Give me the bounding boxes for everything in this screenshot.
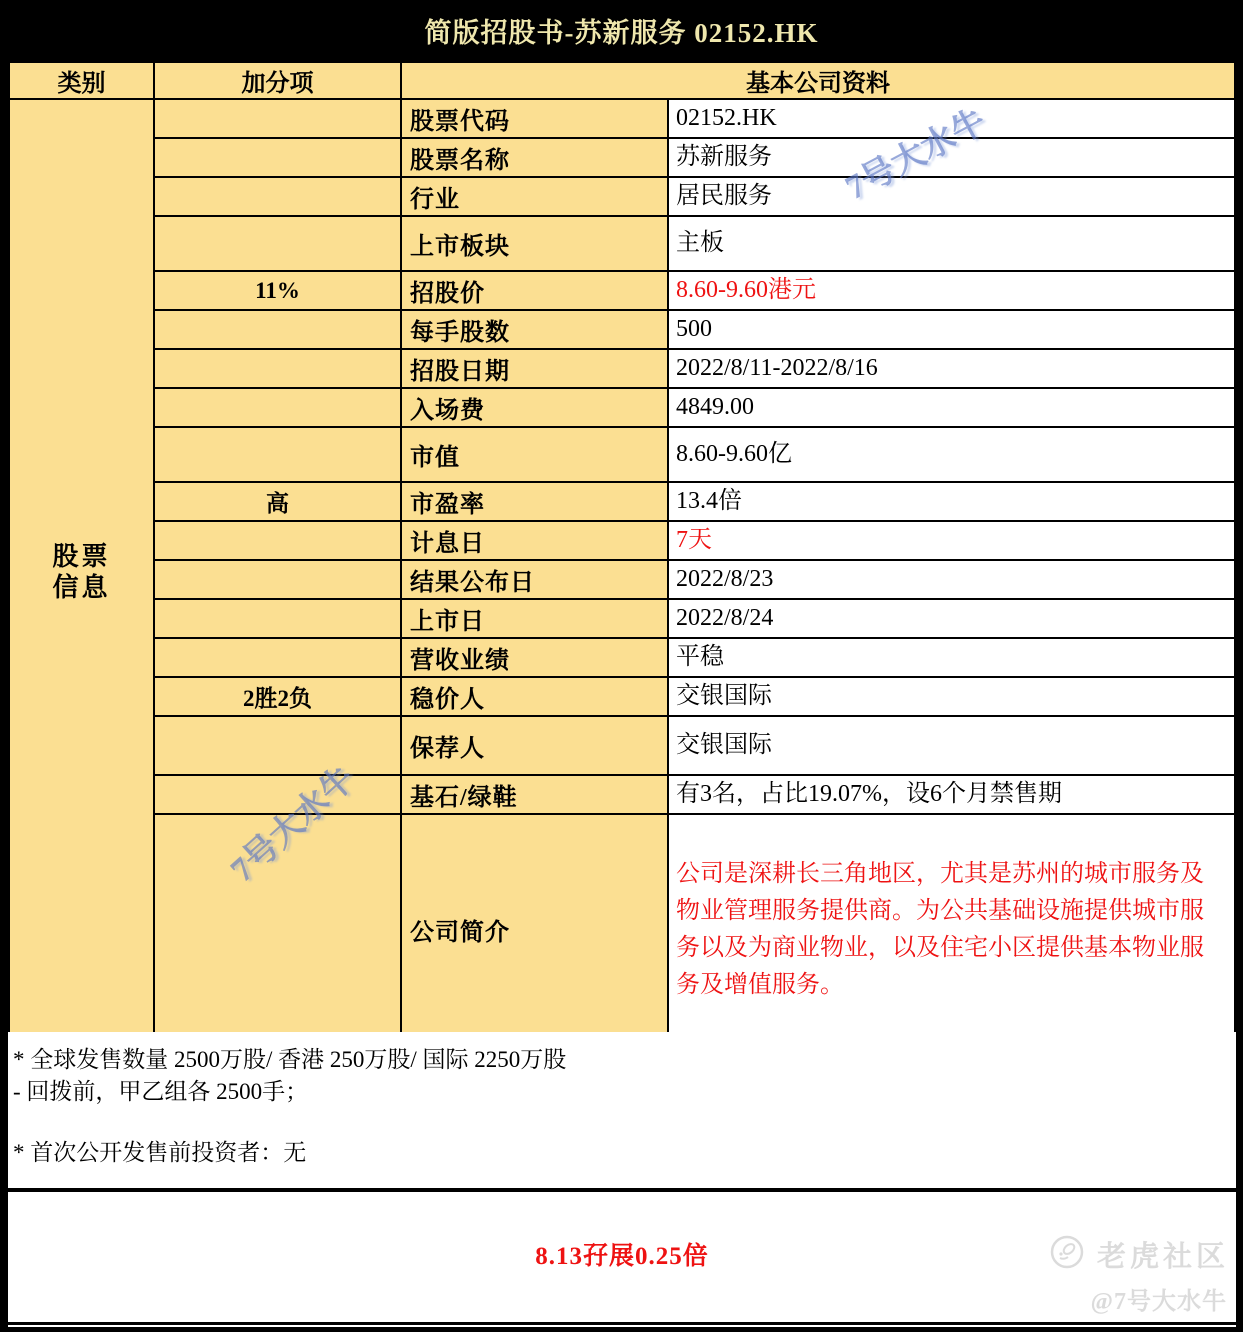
field-value-cell: 500 <box>668 310 1235 349</box>
field-label-cell: 每手股数 <box>401 310 668 349</box>
field-label-cell: 市盈率 <box>401 482 668 521</box>
field-value-cell: 平稳 <box>668 638 1235 677</box>
field-value-cell: 2022/8/11-2022/8/16 <box>668 349 1235 388</box>
field-value-cell: 4849.00 <box>668 388 1235 427</box>
page-title: 简版招股书-苏新服务 02152.HK <box>425 11 819 50</box>
table-row: 市值8.60-9.60亿 <box>9 427 1235 482</box>
field-label-cell: 上市板块 <box>401 216 668 271</box>
field-label-cell: 招股价 <box>401 271 668 310</box>
table-row: 高市盈率13.4倍 <box>9 482 1235 521</box>
prospectus-sheet: 简版招股书-苏新服务 02152.HK 类别 加分项 基本公司资料 股票 信息股… <box>0 0 1243 1332</box>
table-row: 2胜2负稳价人交银国际 <box>9 677 1235 716</box>
table-row: 上市板块主板 <box>9 216 1235 271</box>
field-value-cell: 8.60-9.60亿 <box>668 427 1235 482</box>
field-value-cell: 有3名，占比19.07%，设6个月禁售期 <box>668 775 1235 814</box>
bonus-cell <box>154 427 401 482</box>
note-line: * 全球发售数量 2500万股/ 香港 250万股/ 国际 2250万股 <box>8 1044 1236 1076</box>
category-cell: 股票 信息 <box>9 99 154 1032</box>
table-row: 股票名称苏新服务 <box>9 138 1235 177</box>
field-label-cell: 招股日期 <box>401 349 668 388</box>
info-table-wrap: 类别 加分项 基本公司资料 股票 信息股票代码02152.HK股票名称苏新服务行… <box>8 61 1236 1032</box>
field-value-cell: 公司是深耕长三角地区，尤其是苏州的城市服务及物业管理服务提供商。为公共基础设施提… <box>668 814 1235 1032</box>
field-value-cell: 交银国际 <box>668 677 1235 716</box>
bonus-cell <box>154 814 401 1032</box>
field-label-cell: 市值 <box>401 427 668 482</box>
content-frame: 类别 加分项 基本公司资料 股票 信息股票代码02152.HK股票名称苏新服务行… <box>0 61 1243 1332</box>
table-body: 股票 信息股票代码02152.HK股票名称苏新服务行业居民服务上市板块主板11%… <box>9 99 1235 1032</box>
bonus-cell <box>154 521 401 560</box>
table-row: 计息日7天 <box>9 521 1235 560</box>
field-label-cell: 保荐人 <box>401 716 668 775</box>
bonus-cell <box>154 138 401 177</box>
table-row: 每手股数500 <box>9 310 1235 349</box>
footer-section: 8.13孖展0.25倍 <box>8 1192 1236 1322</box>
field-label-cell: 稳价人 <box>401 677 668 716</box>
field-value-cell: 8.60-9.60港元 <box>668 271 1235 310</box>
note-gap <box>8 1108 1236 1137</box>
bonus-cell <box>154 177 401 216</box>
header-info: 基本公司资料 <box>401 62 1235 99</box>
table-row: 公司简介公司是深耕长三角地区，尤其是苏州的城市服务及物业管理服务提供商。为公共基… <box>9 814 1235 1032</box>
field-value-cell: 苏新服务 <box>668 138 1235 177</box>
table-row: 基石/绿鞋有3名，占比19.07%，设6个月禁售期 <box>9 775 1235 814</box>
field-value-cell: 13.4倍 <box>668 482 1235 521</box>
field-label-cell: 结果公布日 <box>401 560 668 599</box>
margin-multiple-note: 8.13孖展0.25倍 <box>535 1236 709 1272</box>
bonus-cell <box>154 310 401 349</box>
bonus-cell <box>154 388 401 427</box>
header-bonus: 加分项 <box>154 62 401 99</box>
notes-section: * 全球发售数量 2500万股/ 香港 250万股/ 国际 2250万股 - 回… <box>8 1032 1236 1188</box>
bonus-cell <box>154 716 401 775</box>
field-label-cell: 营收业绩 <box>401 638 668 677</box>
bonus-cell: 11% <box>154 271 401 310</box>
field-label-cell: 股票名称 <box>401 138 668 177</box>
table-row: 入场费4849.00 <box>9 388 1235 427</box>
bonus-cell <box>154 775 401 814</box>
bonus-cell: 高 <box>154 482 401 521</box>
bonus-cell <box>154 638 401 677</box>
note-line: * 首次公开发售前投资者：无 <box>8 1137 1236 1169</box>
field-label-cell: 股票代码 <box>401 99 668 138</box>
title-bar: 简版招股书-苏新服务 02152.HK <box>0 0 1243 61</box>
field-value-cell: 02152.HK <box>668 99 1235 138</box>
table-row: 营收业绩平稳 <box>9 638 1235 677</box>
table-row: 行业居民服务 <box>9 177 1235 216</box>
bottom-border-band <box>8 1322 1236 1332</box>
header-row: 类别 加分项 基本公司资料 <box>9 62 1235 99</box>
bonus-cell <box>154 216 401 271</box>
table-row: 股票 信息股票代码02152.HK <box>9 99 1235 138</box>
table-row: 招股日期2022/8/11-2022/8/16 <box>9 349 1235 388</box>
field-label-cell: 行业 <box>401 177 668 216</box>
field-label-cell: 入场费 <box>401 388 668 427</box>
field-value-cell: 主板 <box>668 216 1235 271</box>
field-value-cell: 2022/8/23 <box>668 560 1235 599</box>
field-value-cell: 交银国际 <box>668 716 1235 775</box>
field-value-cell: 居民服务 <box>668 177 1235 216</box>
table-row: 上市日2022/8/24 <box>9 599 1235 638</box>
field-label-cell: 基石/绿鞋 <box>401 775 668 814</box>
bonus-cell <box>154 560 401 599</box>
field-value-cell: 2022/8/24 <box>668 599 1235 638</box>
table-row: 保荐人交银国际 <box>9 716 1235 775</box>
field-label-cell: 上市日 <box>401 599 668 638</box>
bonus-cell <box>154 349 401 388</box>
field-value-cell: 7天 <box>668 521 1235 560</box>
table-row: 11%招股价8.60-9.60港元 <box>9 271 1235 310</box>
info-table: 类别 加分项 基本公司资料 股票 信息股票代码02152.HK股票名称苏新服务行… <box>8 61 1236 1032</box>
bonus-cell <box>154 99 401 138</box>
bonus-cell: 2胜2负 <box>154 677 401 716</box>
header-category: 类别 <box>9 62 154 99</box>
field-label-cell: 计息日 <box>401 521 668 560</box>
note-line: - 回拨前，甲乙组各 2500手； <box>8 1076 1236 1108</box>
table-row: 结果公布日2022/8/23 <box>9 560 1235 599</box>
field-label-cell: 公司简介 <box>401 814 668 1032</box>
bonus-cell <box>154 599 401 638</box>
